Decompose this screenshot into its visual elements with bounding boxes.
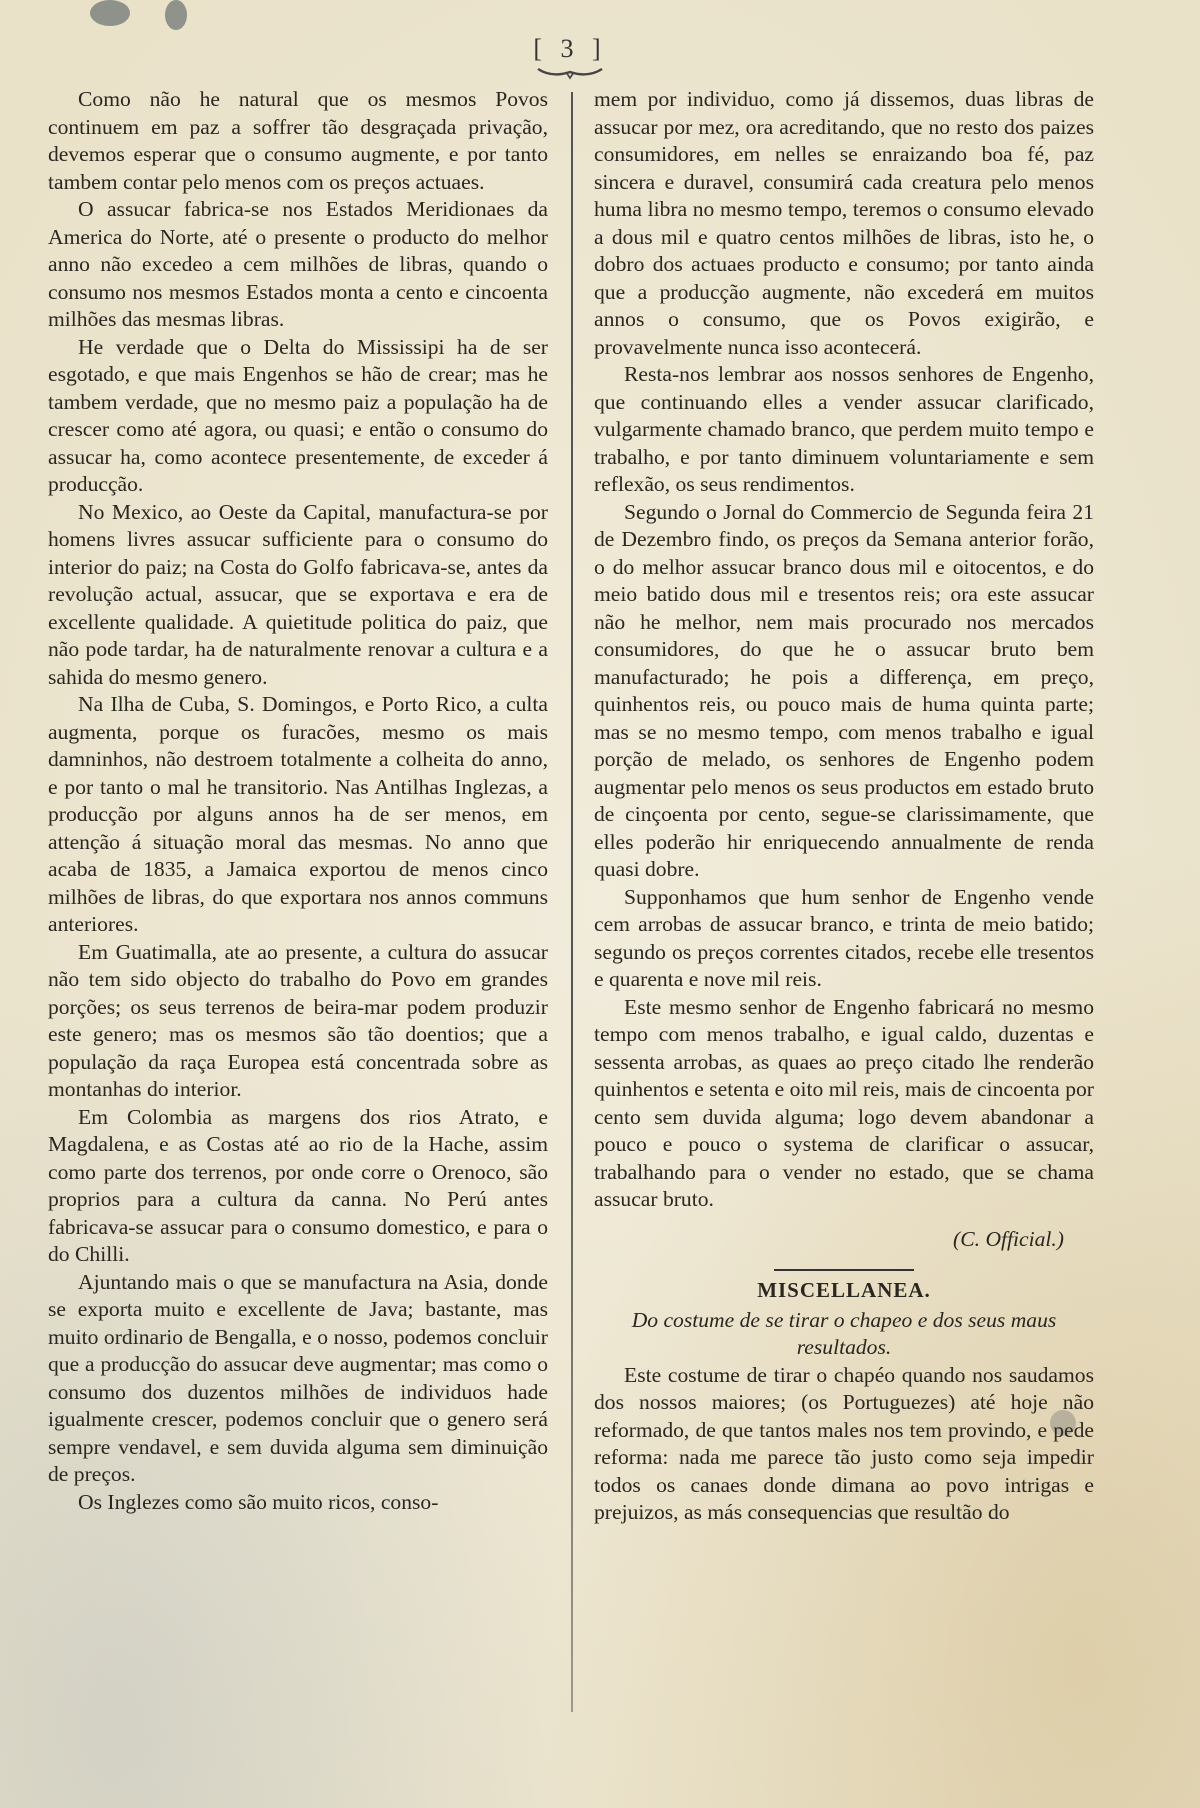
- article-paragraph: Ajuntando mais o que se manufactura na A…: [48, 1269, 548, 1489]
- article-paragraph: Como não he natural que os mesmos Povos …: [48, 86, 548, 196]
- ink-stain: [90, 0, 130, 26]
- article-paragraph: No Mexico, ao Oeste da Capital, manufact…: [48, 499, 548, 692]
- column-divider: [571, 92, 573, 1712]
- article-paragraph: He verdade que o Delta do Mississipi ha …: [48, 334, 548, 499]
- article-paragraph: Em Colombia as margens dos rios Atrato, …: [48, 1104, 548, 1269]
- section-title: MISCELLANEA.: [594, 1277, 1094, 1305]
- section-body: Este costume de tirar o chapéo quando no…: [594, 1362, 1094, 1527]
- article-paragraph: Na Ilha de Cuba, S. Domingos, e Porto Ri…: [48, 691, 548, 939]
- section-subtitle: Do costume de se tirar o chapeo e dos se…: [594, 1307, 1094, 1362]
- page-number: [ 3 ]: [530, 34, 610, 64]
- article-paragraph: Em Guatimalla, ate ao presente, a cultur…: [48, 939, 548, 1104]
- right-column: mem por individuo, como já dissemos, dua…: [594, 86, 1094, 1527]
- article-paragraph: Segundo o Jornal do Commercio de Segunda…: [594, 499, 1094, 884]
- article-signature: (C. Official.): [594, 1226, 1094, 1254]
- brace-ornament-icon: [536, 66, 604, 80]
- article-paragraph: Os Inglezes como são muito ricos, conso-: [48, 1489, 548, 1517]
- article-paragraph: Supponhamos que hum senhor de Engenho ve…: [594, 884, 1094, 994]
- article-paragraph: O assucar fabrica-se nos Estados Meridio…: [48, 196, 548, 334]
- newspaper-page: [ 3 ] Como não he natural que os mesmos …: [0, 0, 1200, 1808]
- article-paragraph: Resta-nos lembrar aos nossos senhores de…: [594, 361, 1094, 499]
- left-column: Como não he natural que os mesmos Povos …: [48, 86, 548, 1516]
- article-continuation: mem por individuo, como já dissemos, dua…: [594, 86, 1094, 361]
- ink-stain: [165, 0, 187, 30]
- section-rule: [774, 1269, 914, 1271]
- article-paragraph: Este mesmo senhor de Engenho fabricará n…: [594, 994, 1094, 1214]
